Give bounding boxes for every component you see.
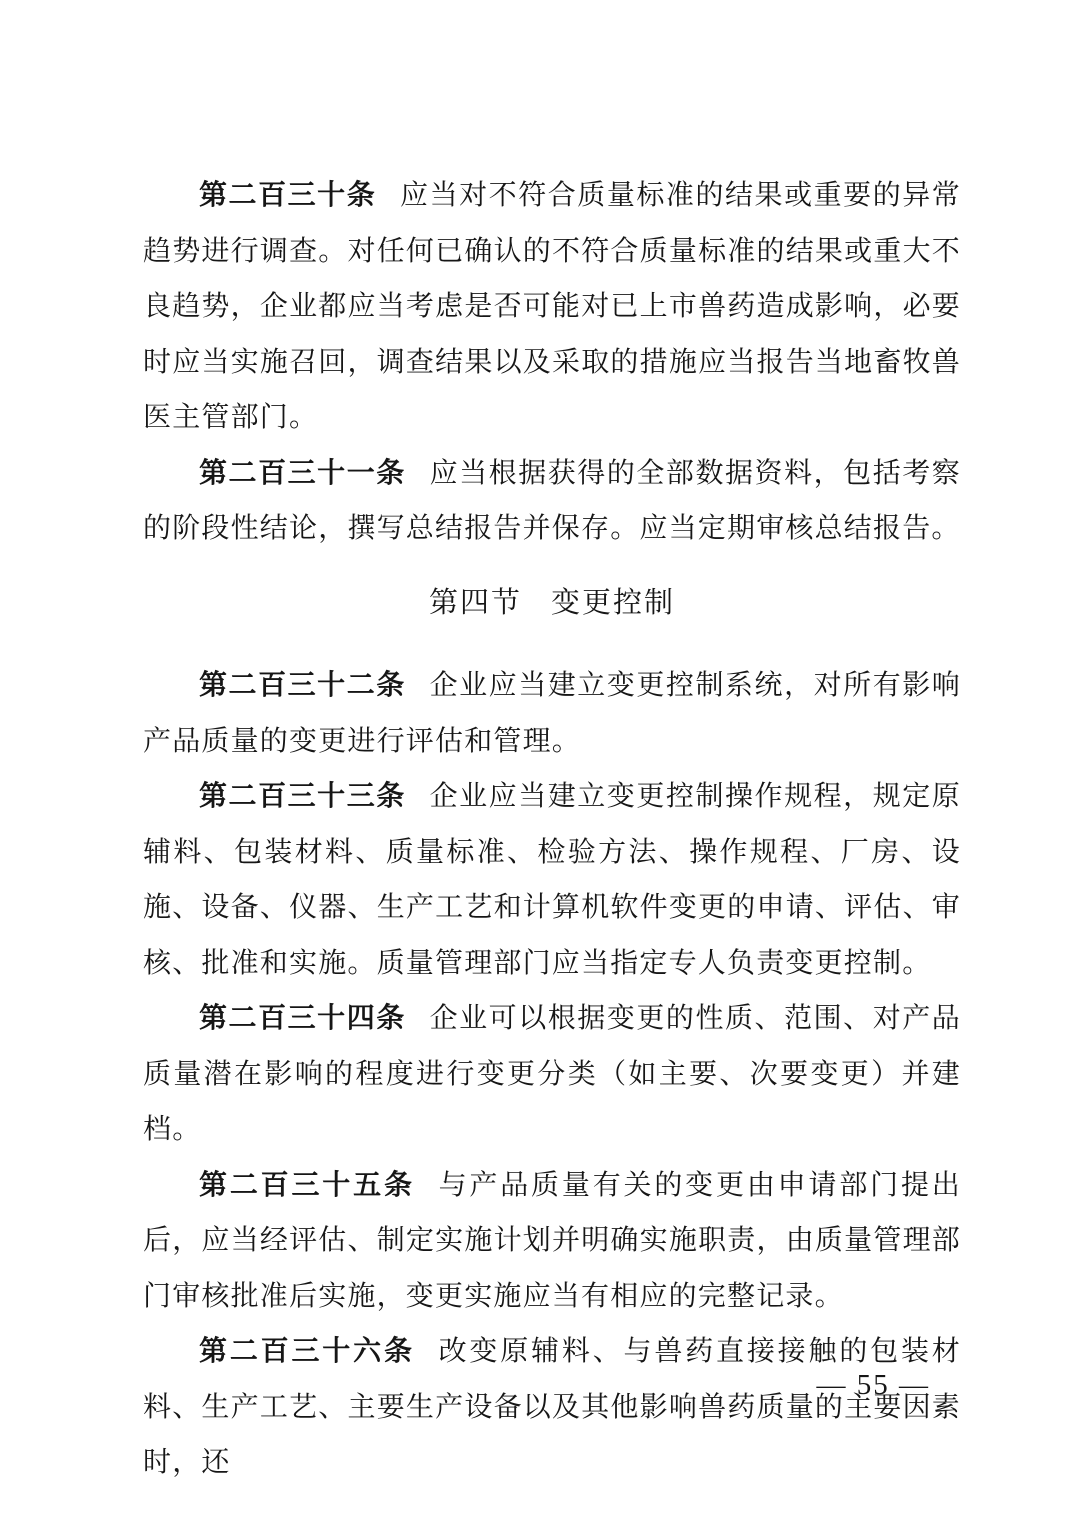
article-231-number: 第二百三十一条	[199, 458, 406, 489]
section-heading-title: 变更控制	[551, 587, 675, 619]
article-233: 第二百三十三条企业应当建立变更控制操作规程，规定原辅料、包装材料、质量标准、检验…	[143, 769, 961, 991]
article-236-number: 第二百三十六条	[199, 1336, 415, 1367]
document-page: 第二百三十条应当对不符合质量标准的结果或重要的异常趋势进行调查。对任何已确认的不…	[0, 0, 1080, 1527]
section-heading-number: 第四节	[429, 587, 522, 619]
article-230-number: 第二百三十条	[199, 180, 376, 211]
article-233-number: 第二百三十三条	[199, 781, 406, 812]
article-232-number: 第二百三十二条	[199, 670, 406, 701]
article-235-number: 第二百三十五条	[199, 1170, 415, 1201]
article-235: 第二百三十五条与产品质量有关的变更由申请部门提出后，应当经评估、制定实施计划并明…	[143, 1158, 961, 1325]
document-body: 第二百三十条应当对不符合质量标准的结果或重要的异常趋势进行调查。对任何已确认的不…	[143, 168, 961, 1491]
article-230: 第二百三十条应当对不符合质量标准的结果或重要的异常趋势进行调查。对任何已确认的不…	[143, 168, 961, 446]
article-234-number: 第二百三十四条	[199, 1003, 406, 1034]
section-heading: 第四节变更控制	[143, 576, 961, 632]
article-232: 第二百三十二条企业应当建立变更控制系统，对所有影响产品质量的变更进行评估和管理。	[143, 658, 961, 769]
article-230-text: 应当对不符合质量标准的结果或重要的异常趋势进行调查。对任何已确认的不符合质量标准…	[143, 180, 961, 433]
page-number: — 55 —	[817, 1368, 931, 1402]
article-236: 第二百三十六条改变原辅料、与兽药直接接触的包装材料、生产工艺、主要生产设备以及其…	[143, 1324, 961, 1491]
article-234: 第二百三十四条企业可以根据变更的性质、范围、对产品质量潜在影响的程度进行变更分类…	[143, 991, 961, 1158]
article-231: 第二百三十一条应当根据获得的全部数据资料，包括考察的阶段性结论，撰写总结报告并保…	[143, 446, 961, 557]
